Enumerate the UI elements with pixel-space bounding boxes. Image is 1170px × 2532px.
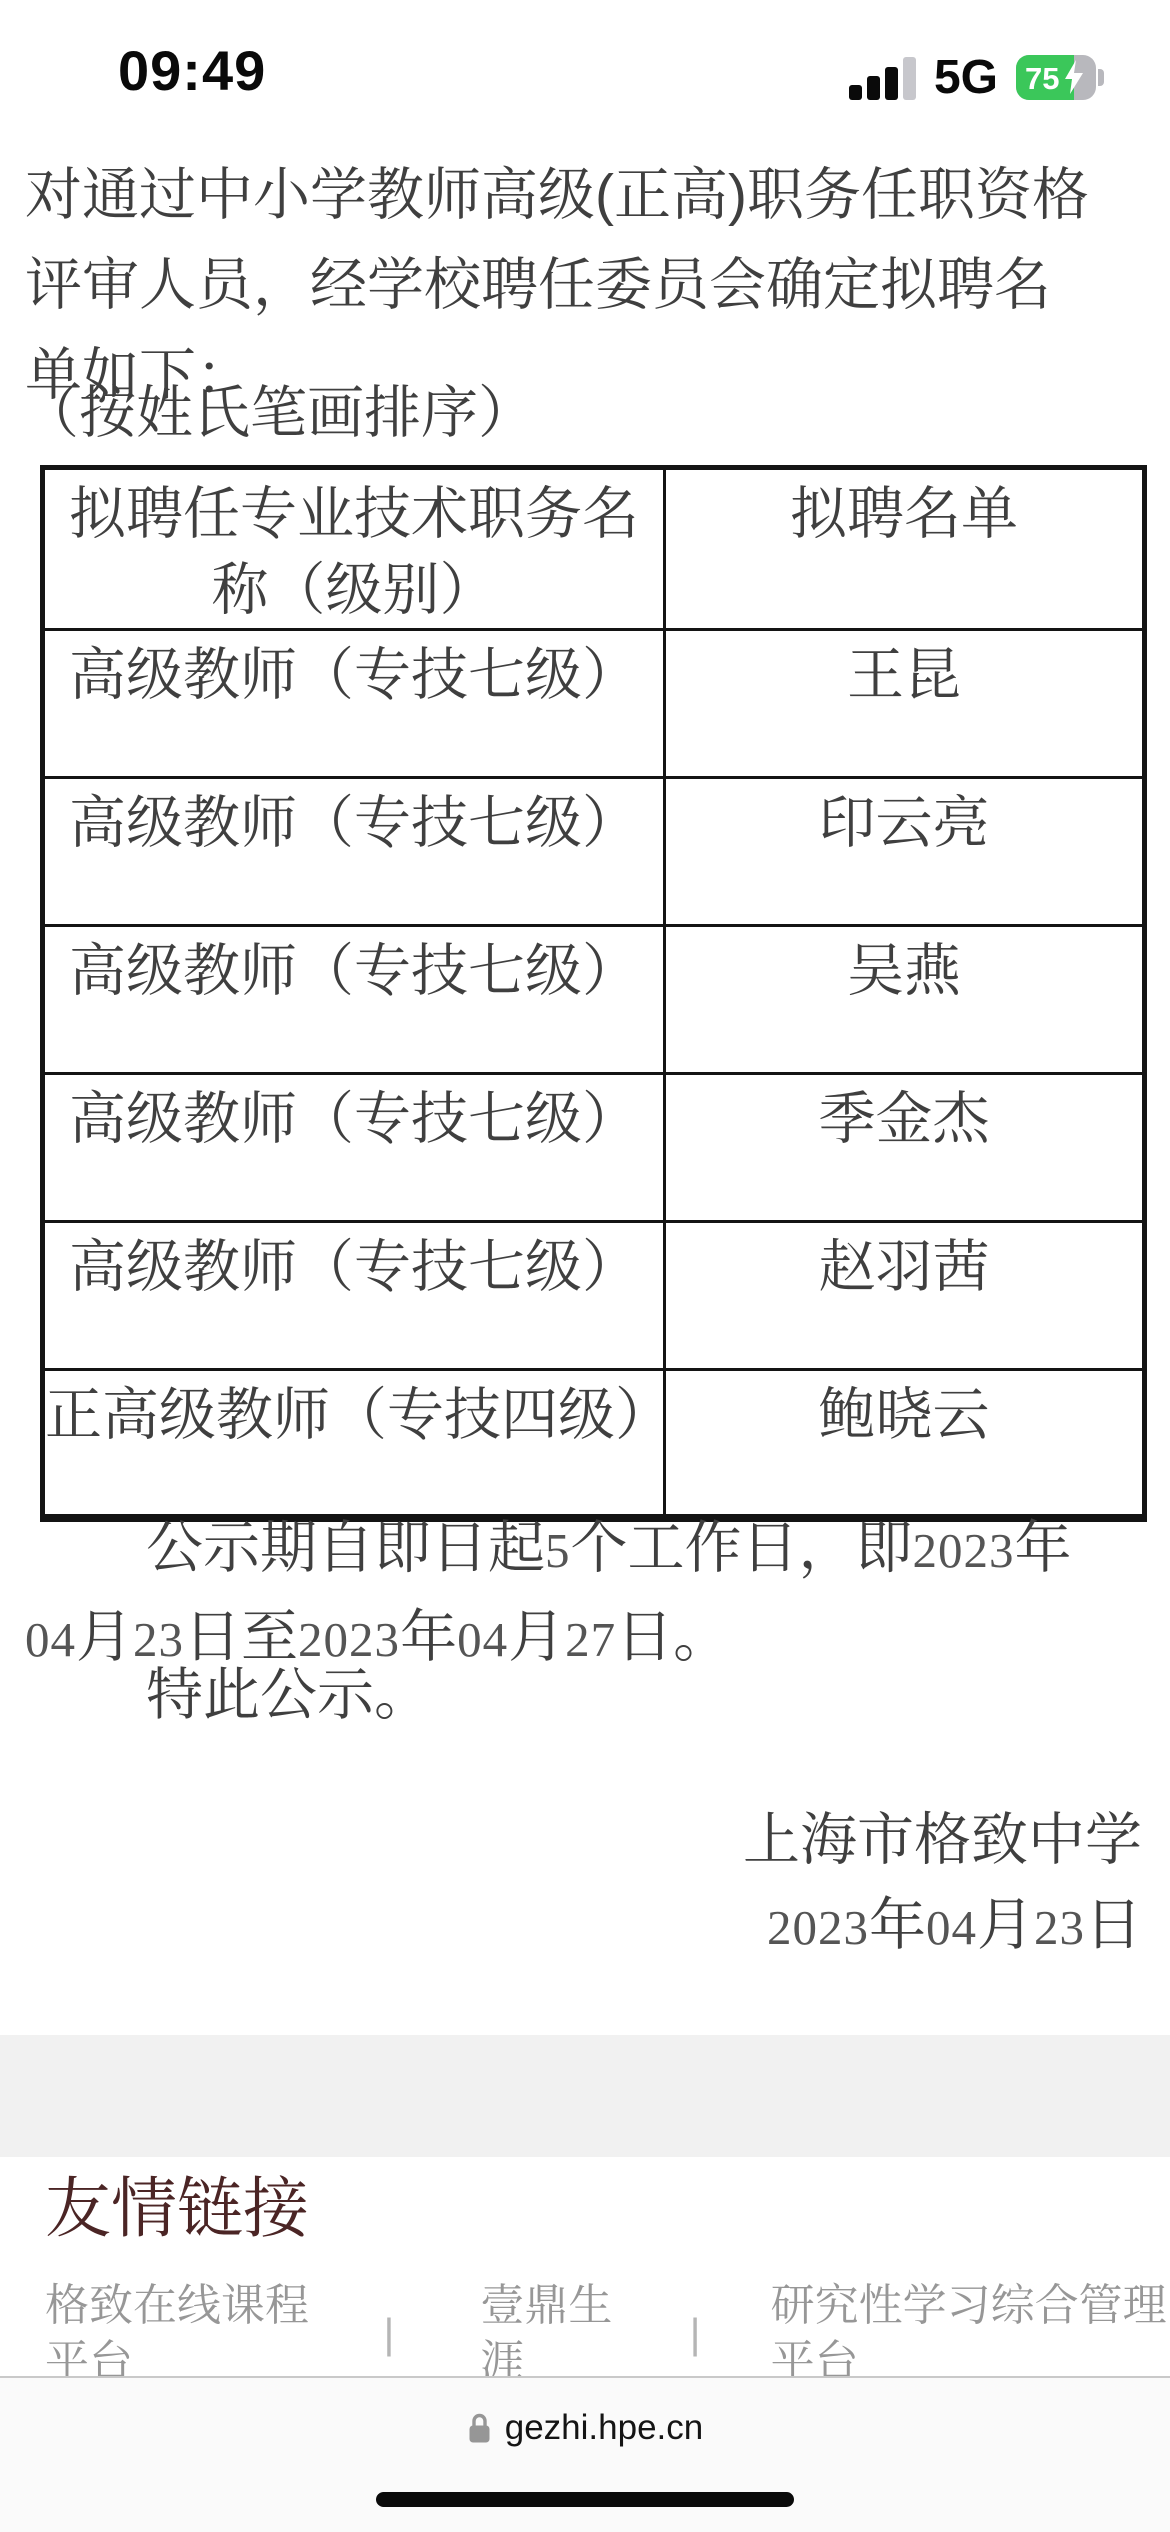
table-header-row: 拟聘任专业技术职务名称（级别） 拟聘名单 (43, 468, 1145, 630)
cell-name: 赵羽茜 (665, 1222, 1145, 1370)
status-time: 09:49 (118, 38, 266, 103)
status-bar-right: 5G 75 (849, 50, 1096, 105)
friendly-link[interactable]: 壹鼎生涯 (480, 2278, 625, 2390)
intro-line: 评审人员，经学校聘任委员会确定拟聘名 (25, 240, 1147, 330)
friendly-link[interactable]: 研究性学习综合管理平台 (771, 2278, 1170, 2390)
safari-address-bar[interactable]: gezhi.hpe.cn (0, 2376, 1170, 2532)
cell-position: 高级教师（专技七级） (43, 778, 665, 926)
table-row: 高级教师（专技七级）赵羽茜 (43, 1222, 1145, 1370)
network-type-label: 5G (934, 50, 998, 105)
appointment-table: 拟聘任专业技术职务名称（级别） 拟聘名单 高级教师（专技七级）王昆高级教师（专技… (40, 465, 1147, 1522)
cell-name: 季金杰 (665, 1074, 1145, 1222)
link-separator: | (690, 2306, 701, 2362)
column-header-position: 拟聘任专业技术职务名称（级别） (43, 468, 665, 630)
charging-bolt-icon (1063, 60, 1085, 94)
cell-position: 高级教师（专技七级） (43, 926, 665, 1074)
friendly-link[interactable]: 格致在线课程平台 (45, 2278, 335, 2390)
url-text: gezhi.hpe.cn (505, 2408, 703, 2448)
closing-line: 特此公示。 (25, 1652, 1147, 1738)
friendly-links-row: 格致在线课程平台|壹鼎生涯|研究性学习综合管理平台 (45, 2278, 1170, 2390)
battery-charging-icon: 75 (1016, 55, 1096, 100)
battery-nub (1098, 69, 1104, 86)
table-row: 正高级教师（专技四级）鲍晓云 (43, 1370, 1145, 1518)
table-row: 高级教师（专技七级）季金杰 (43, 1074, 1145, 1222)
intro-line: 对通过中小学教师高级(正高)职务任职资格 (25, 150, 1147, 240)
cell-name: 鲍晓云 (665, 1370, 1145, 1518)
table-row: 高级教师（专技七级）吴燕 (43, 926, 1145, 1074)
signature-block: 上海市格致中学 2023年04月23日 (743, 1798, 1142, 1970)
notice-line: 公示期自即日起5个工作日，即2023年 (25, 1505, 1147, 1594)
signature-date: 2023年04月23日 (743, 1883, 1142, 1970)
cellular-signal-icon (849, 56, 916, 100)
cell-name: 吴燕 (665, 926, 1145, 1074)
footer-gray-band (0, 2035, 1170, 2157)
cell-position: 高级教师（专技七级） (43, 1222, 665, 1370)
link-separator: | (383, 2306, 394, 2362)
cell-position: 正高级教师（专技四级） (43, 1370, 665, 1518)
column-header-names: 拟聘名单 (665, 468, 1145, 630)
cell-name: 王昆 (665, 630, 1145, 778)
lock-icon (467, 2412, 492, 2445)
signature-org: 上海市格致中学 (743, 1798, 1142, 1883)
cell-name: 印云亮 (665, 778, 1145, 926)
cell-position: 高级教师（专技七级） (43, 1074, 665, 1222)
home-indicator[interactable] (376, 2492, 794, 2507)
table-row: 高级教师（专技七级）王昆 (43, 630, 1145, 778)
sort-note: （按姓氏笔画排序） (22, 373, 535, 453)
cell-position: 高级教师（专技七级） (43, 630, 665, 778)
table-row: 高级教师（专技七级）印云亮 (43, 778, 1145, 926)
battery-percent-label: 75 (1025, 61, 1059, 97)
friendly-links-heading: 友情链接 (45, 2168, 309, 2248)
iphone-safari-screen: 09:49 5G 75 对通过中小学教师高级(正高)职务任职资格评审人员，经学校… (0, 0, 1170, 2532)
url-pill[interactable]: gezhi.hpe.cn (0, 2408, 1170, 2448)
